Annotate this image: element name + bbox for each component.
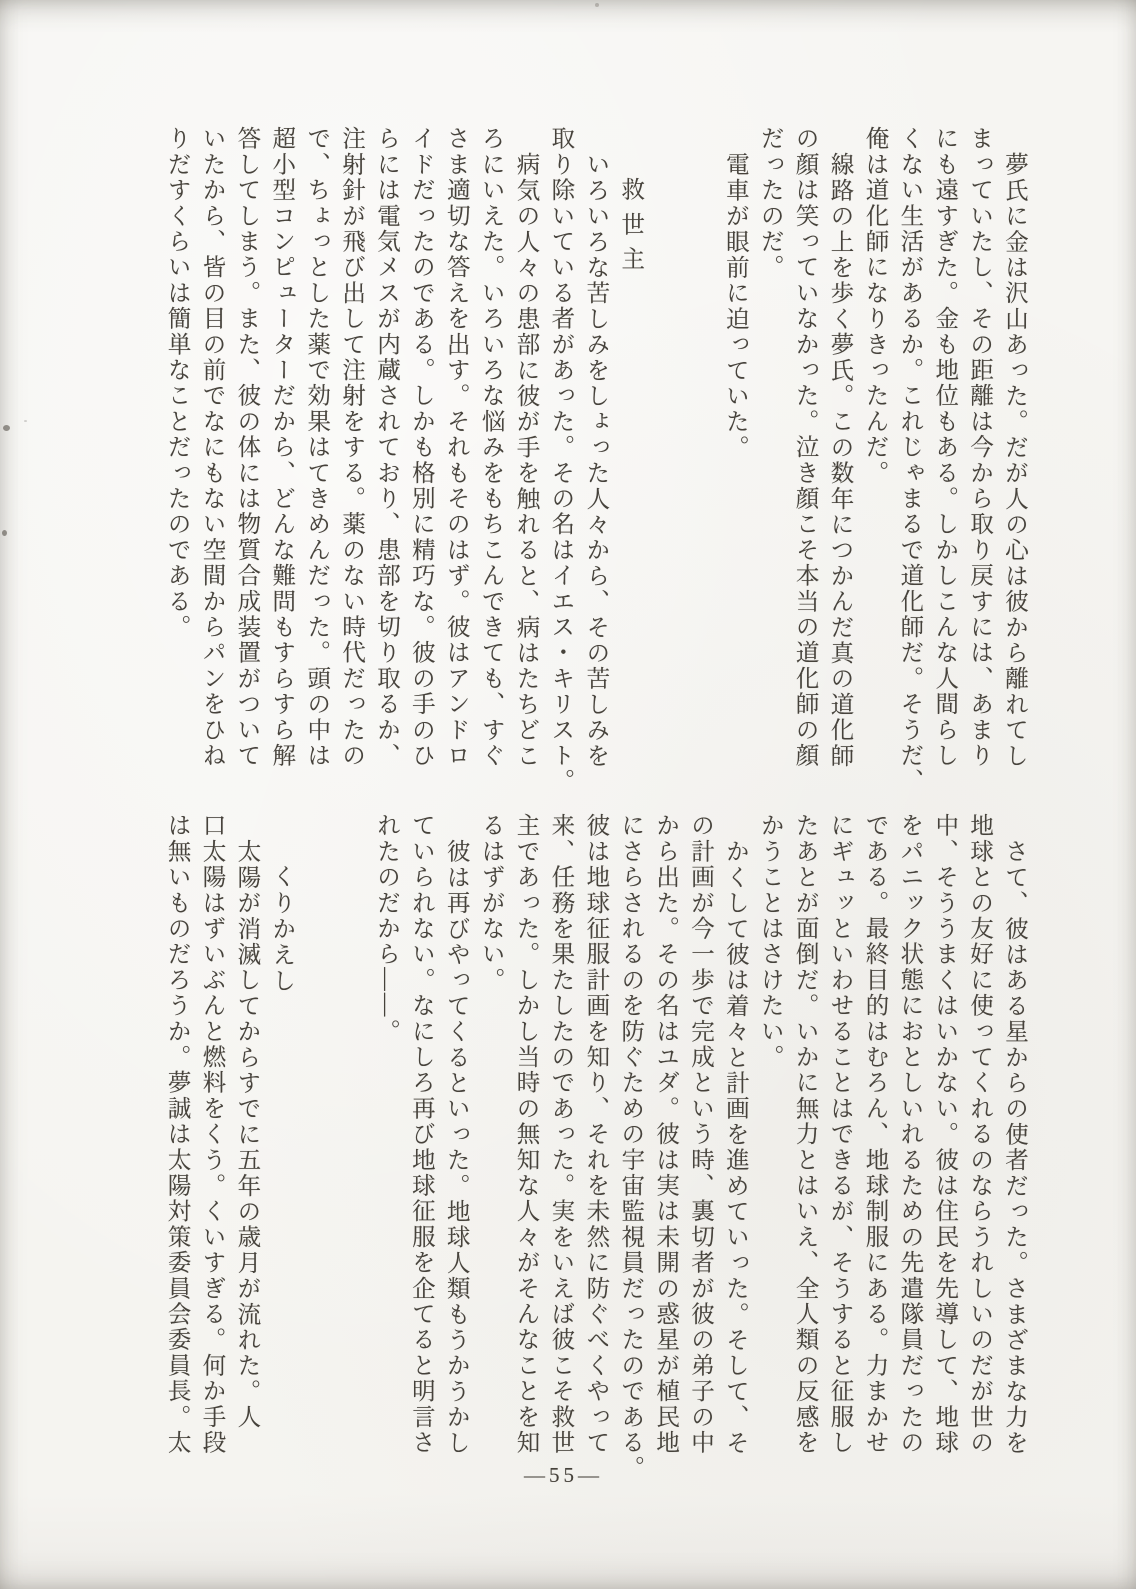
text-column: 来、任務を果たしたのであった。実をいえば彼こそ救世: [543, 813, 578, 1475]
text-column: 注射針が飛び出して注射をする。薬のない時代だったの: [333, 126, 368, 788]
text-column: の計画が今一歩で完成という時、裏切者が彼の弟子の中: [682, 813, 717, 1475]
text-column: で、ちょっとした薬で効果はてきめんだった。頭の中は: [298, 126, 333, 788]
text-column: だったのだ。: [752, 126, 787, 788]
blank-column: [682, 126, 717, 788]
scan-speck: [595, 3, 599, 7]
scanned-page: 夢氏に金は沢山あった。だが人の心は彼から離れてしまっていたし、その距離は今から取…: [0, 0, 1136, 1589]
section-title-column: 救 世 主: [612, 126, 647, 839]
upper-text-block: 夢氏に金は沢山あった。だが人の心は彼から離れてしまっていたし、その距離は今から取…: [158, 126, 1031, 788]
blank-column: [333, 813, 368, 1475]
text-column: らには電気メスが内蔵されており、患部を切り取るか、: [368, 126, 403, 788]
text-column: から出た。その名はユダ。彼は実は未開の惑星が植民地: [647, 813, 682, 1475]
text-column: まっていたし、その距離は今から取り戻すには、あまり: [961, 126, 996, 788]
blank-column: [298, 813, 333, 1475]
text-column: 答してしまう。また、彼の体には物質合成装置がついて: [229, 126, 264, 788]
text-column: さて、彼はある星からの使者だった。さまざまな力を: [996, 813, 1031, 1501]
text-column: 彼は地球征服計画を知り、それを未然に防ぐべくやって: [577, 813, 612, 1475]
text-column: たあとが面倒だ。いかに無力とはいえ、全人類の反感を: [787, 813, 822, 1475]
text-column: りだすくらいは簡単なことだったのである。: [159, 126, 194, 788]
text-column: の顔は笑っていなかった。泣き顔こそ本当の道化師の顔: [787, 126, 822, 788]
text-column: かくして彼は着々と計画を進めていった。そして、そ: [717, 813, 752, 1501]
text-column: 口太陽はずいぶんと燃料をくう。くいすぎる。何か手段: [194, 813, 229, 1475]
text-column: である。最終目的はむろん、地球制服にある。力まかせ: [857, 813, 892, 1475]
text-column: さま適切な答えを出す。それもそのはず。彼はアンドロ: [438, 126, 473, 788]
text-column: 中、そううまくはいかない。彼は住民を先導して、地球: [926, 813, 961, 1475]
text-column: 病気の人々の患部に彼が手を触れると、病はたちどこ: [508, 126, 543, 814]
text-column: 太陽が消滅してからすでに五年の歳月が流れた。人: [229, 813, 264, 1501]
scan-speck: [24, 420, 27, 422]
text-column: 取り除いている者があった。その名はイエス・キリスト。: [543, 126, 578, 788]
text-column: 線路の上を歩く夢氏。この数年につかんだ真の道化師: [822, 126, 857, 814]
text-column: 地球との友好に使ってくれるのならうれしいのだが世の: [961, 813, 996, 1475]
text-column: ていられない。なにしろ再び地球征服を企てると明言さ: [403, 813, 438, 1475]
text-column: イドだったのである。しかも格別に精巧な。彼の手のひ: [403, 126, 438, 788]
lower-text-block: さて、彼はある星からの使者だった。さまざまな力を地球との友好に使ってくれるのなら…: [158, 813, 1031, 1475]
text-column: にも遠すぎた。金も地位もある。しかしこんな人間らし: [926, 126, 961, 788]
text-column: るはずがない。: [473, 813, 508, 1475]
text-column: れたのだから――。: [368, 813, 403, 1475]
text-column: は無いものだろうか。夢誠は太陽対策委員会委員長。太: [159, 813, 194, 1475]
scan-speck: [2, 530, 7, 536]
text-column: にギュッといわせることはできるが、そうすると征服し: [822, 813, 857, 1475]
text-column: 夢氏に金は沢山あった。だが人の心は彼から離れてし: [996, 126, 1031, 814]
text-column: をパニック状態におとしいれるための先遣隊員だったの: [891, 813, 926, 1475]
text-column: 俺は道化師になりきったんだ。: [857, 126, 892, 788]
text-column: 彼は再びやってくるといった。地球人類もうかうかし: [438, 813, 473, 1501]
text-column: にさらされるのを防ぐための宇宙監視員だったのである。: [612, 813, 647, 1475]
text-column: いたから、皆の目の前でなにもない空間からパンをひね: [194, 126, 229, 788]
text-column: ろにいえた。いろいろな悩みをもちこんできても、すぐ: [473, 126, 508, 788]
section-title-column: くりかえし: [263, 813, 298, 1526]
scan-speck: [3, 425, 10, 431]
text-column: 超小型コンピューターだから、どんな難問もすらすら解: [263, 126, 298, 788]
text-column: かうことはさけたい。: [752, 813, 787, 1475]
blank-column: [647, 126, 682, 788]
text-column: 主であった。しかし当時の無知な人々がそんなことを知: [508, 813, 543, 1475]
page-number: ―55―: [524, 1463, 644, 1488]
text-column: くない生活があるか。これじゃまるで道化師だ。そうだ、: [891, 126, 926, 788]
text-column: いろいろな苦しみをしょった人々から、その苦しみを: [577, 126, 612, 814]
text-column: 電車が眼前に迫っていた。: [717, 126, 752, 814]
